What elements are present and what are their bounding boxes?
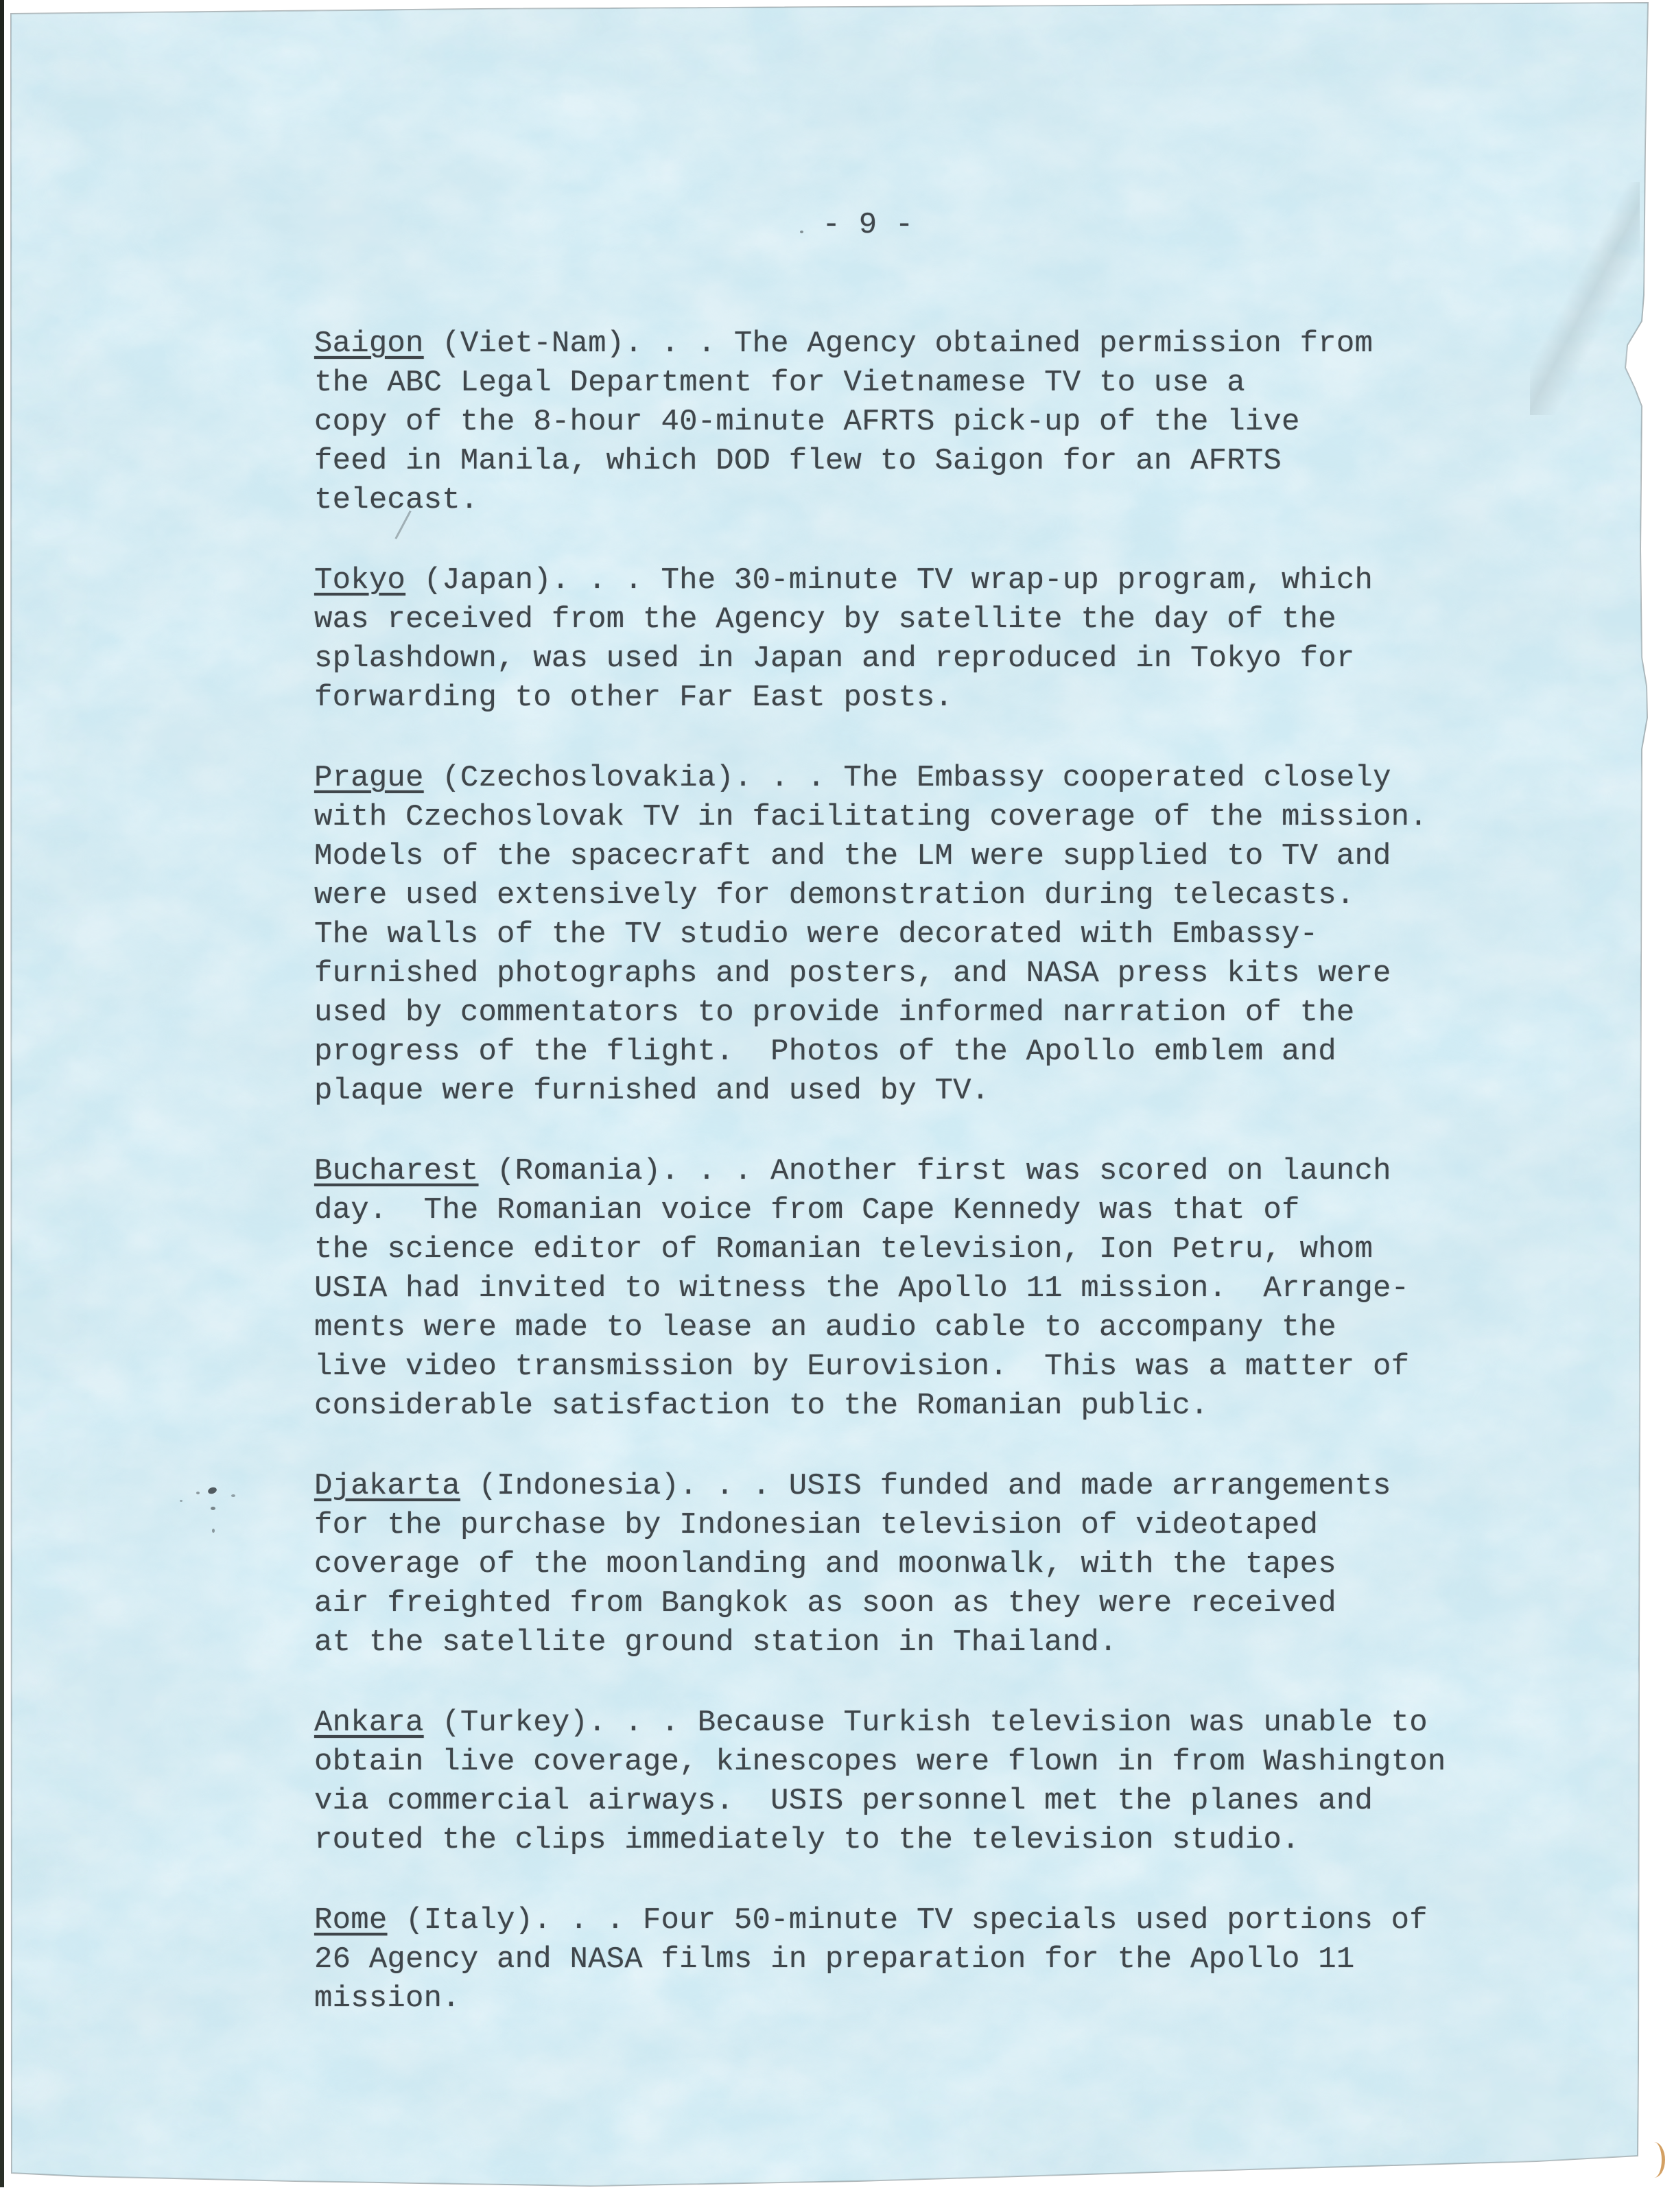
text-line-rest: (Japan). . . The 30-minute TV wrap-up pr… — [405, 563, 1373, 598]
paragraph: Ankara (Turkey). . . Because Turkish tel… — [314, 1704, 1481, 1860]
text-line: used by commentators to provide informed… — [314, 993, 1481, 1033]
text-line: Djakarta (Indonesia). . . USIS funded an… — [314, 1467, 1481, 1506]
text-line: considerable satisfaction to the Romania… — [314, 1387, 1481, 1426]
paragraph: Bucharest (Romania). . . Another first w… — [314, 1152, 1481, 1426]
ink-speck — [211, 1507, 215, 1510]
text-line: The walls of the TV studio were decorate… — [314, 915, 1481, 954]
text-line: mission. — [314, 1979, 1481, 2019]
text-line-rest: (Turkey). . . Because Turkish television… — [424, 1706, 1428, 1740]
text-line: Tokyo (Japan). . . The 30-minute TV wrap… — [314, 561, 1481, 600]
text-line: for the purchase by Indonesian televisio… — [314, 1506, 1481, 1545]
document-page: { "colors": { "paper": "#d2edf6", "ink":… — [0, 0, 1674, 2212]
paragraph: Rome (Italy). . . Four 50-minute TV spec… — [314, 1901, 1481, 2019]
text-block: Saigon (Viet-Nam). . . The Agency obtain… — [314, 325, 1481, 2060]
page-number: - 9 - — [312, 206, 1424, 245]
ink-speck — [180, 1500, 182, 1502]
text-line: was received from the Agency by satellit… — [314, 600, 1481, 639]
paragraph: Saigon (Viet-Nam). . . The Agency obtain… — [314, 325, 1481, 520]
city-heading: Tokyo — [314, 563, 405, 598]
text-line: air freighted from Bangkok as soon as th… — [314, 1584, 1481, 1623]
text-line: Rome (Italy). . . Four 50-minute TV spec… — [314, 1901, 1481, 1940]
ink-speck — [800, 231, 803, 233]
ink-speck — [212, 1529, 215, 1533]
text-line: the science editor of Romanian televisio… — [314, 1230, 1481, 1269]
text-line: splashdown, was used in Japan and reprod… — [314, 639, 1481, 679]
city-heading: Bucharest — [314, 1154, 478, 1188]
text-line: telecast. — [314, 481, 1481, 520]
text-line: obtain live coverage, kinescopes were fl… — [314, 1743, 1481, 1782]
text-line: via commercial airways. USIS personnel m… — [314, 1782, 1481, 1821]
city-heading: Djakarta — [314, 1469, 460, 1503]
text-line: ments were made to lease an audio cable … — [314, 1308, 1481, 1348]
text-line: plaque were furnished and used by TV. — [314, 1072, 1481, 1111]
text-line: Saigon (Viet-Nam). . . The Agency obtain… — [314, 325, 1481, 364]
text-line: the ABC Legal Department for Vietnamese … — [314, 364, 1481, 403]
text-line-rest: (Italy). . . Four 50-minute TV specials … — [387, 1903, 1427, 1938]
city-heading: Saigon — [314, 327, 424, 361]
text-line: copy of the 8-hour 40-minute AFRTS pick-… — [314, 403, 1481, 442]
text-line: Ankara (Turkey). . . Because Turkish tel… — [314, 1704, 1481, 1743]
ink-speck — [196, 1492, 200, 1494]
text-line: USIA had invited to witness the Apollo 1… — [314, 1269, 1481, 1308]
text-line: furnished photographs and posters, and N… — [314, 954, 1481, 993]
text-line: feed in Manila, which DOD flew to Saigon… — [314, 442, 1481, 481]
paragraph: Djakarta (Indonesia). . . USIS funded an… — [314, 1467, 1481, 1662]
city-heading: Rome — [314, 1903, 387, 1938]
city-heading: Prague — [314, 761, 424, 795]
text-line: coverage of the moonlanding and moonwalk… — [314, 1545, 1481, 1584]
text-line: forwarding to other Far East posts. — [314, 679, 1481, 718]
text-line: progress of the flight. Photos of the Ap… — [314, 1033, 1481, 1072]
text-line: routed the clips immediately to the tele… — [314, 1821, 1481, 1860]
text-line: at the satellite ground station in Thail… — [314, 1623, 1481, 1662]
city-heading: Ankara — [314, 1706, 424, 1740]
paragraph: Prague (Czechoslovakia). . . The Embassy… — [314, 759, 1481, 1111]
text-line: Bucharest (Romania). . . Another first w… — [314, 1152, 1481, 1191]
paragraph: Tokyo (Japan). . . The 30-minute TV wrap… — [314, 561, 1481, 718]
text-line-rest: (Romania). . . Another first was scored … — [478, 1154, 1391, 1188]
text-line: Prague (Czechoslovakia). . . The Embassy… — [314, 759, 1481, 798]
text-line: 26 Agency and NASA films in preparation … — [314, 1940, 1481, 1979]
text-line: day. The Romanian voice from Cape Kenned… — [314, 1191, 1481, 1230]
text-line: Models of the spacecraft and the LM were… — [314, 837, 1481, 876]
text-line: with Czechoslovak TV in facilitating cov… — [314, 798, 1481, 837]
text-line-rest: (Indonesia). . . USIS funded and made ar… — [460, 1469, 1391, 1503]
text-line: live video transmission by Eurovision. T… — [314, 1348, 1481, 1387]
text-line: were used extensively for demonstration … — [314, 876, 1481, 915]
ink-speck — [231, 1494, 235, 1497]
text-line-rest: (Viet-Nam). . . The Agency obtained perm… — [424, 327, 1373, 361]
text-line-rest: (Czechoslovakia). . . The Embassy cooper… — [424, 761, 1391, 795]
